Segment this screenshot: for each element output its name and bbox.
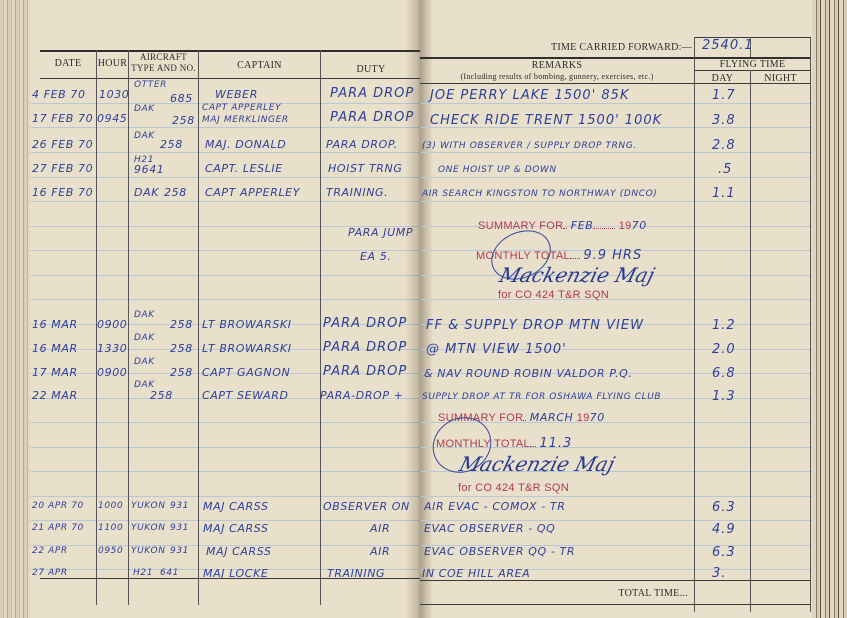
unit-stamp: for CO 424 T&R SQN [458,482,569,494]
entry-captain: MAJ CARSS [203,522,269,535]
entry-aircraft-no: 258 [172,114,195,127]
entry-aircraft-no: 641 [160,568,179,578]
day-time-entry: 2.0 [712,342,736,357]
remarks-entry: (3) WITH OBSERVER / SUPPLY DROP TRNG. [422,141,637,151]
entry-captain: CAPT APPERLEY [205,186,300,199]
entry-hour: 1330 [97,342,127,355]
entry-duty: PARA-DROP + [320,389,403,402]
summary-month: MARCH [530,411,574,424]
entry-hour: 0900 [97,366,127,379]
column-header-night: Night [751,73,810,84]
remarks-sublabel: (Including results of bombing, gunnery, … [460,72,653,81]
entry-duty: PARA DROP [323,316,407,331]
column-header-captain: Captain [199,60,320,71]
day-time-entry: 6.3 [712,500,736,515]
entry-aircraft-type: DAK [134,186,159,199]
day-time-entry: 1.1 [712,186,736,201]
entry-captain: MAJ MERKLINGER [202,115,289,125]
remarks-entry: CHECK RIDE TRENT 1500' 100K [430,113,662,128]
summary-year-suffix: 70 [632,219,647,232]
entry-captain: MAJ. DONALD [205,138,286,151]
remarks-entry: JOE PERRY LAKE 1500' 85K [430,88,629,103]
entry-captain: MAJ CARSS [203,500,269,513]
entry-date: 27 FEB 70 [32,162,93,175]
entry-aircraft-no: 258 [170,366,193,379]
day-time-entry: 4.9 [712,522,736,537]
unit-stamp: for CO 424 T&R SQN [498,289,609,301]
entry-hour: 0900 [97,318,127,331]
entry-aircraft-no: 931 [170,546,189,556]
entry-aircraft-type: OTTER [134,80,167,90]
day-time-entry: 1.3 [712,389,736,404]
entry-aircraft-no: 685 [170,92,193,105]
entry-captain: CAPT. LESLIE [205,162,283,175]
entry-duty: TRAINING. [326,186,388,199]
entry-duty: HOIST TRNG [328,162,403,175]
entry-hour: 1030 [99,88,129,101]
time-carried-forward-value: 2540.1 [702,38,754,53]
column-header-aircraft: Aircraft Type and No. [129,52,198,74]
page-edges-left [0,0,30,618]
entry-duty: PARA DROP [330,110,414,125]
entry-date: 22 MAR [32,389,78,402]
monthly-total-value: 11.3 [539,436,572,451]
entry-date: 17 FEB 70 [32,112,93,125]
remarks-entry: EVAC OBSERVER QQ - TR [424,545,575,558]
remarks-entry: FF & SUPPLY DROP MTN VIEW [426,318,644,333]
entry-aircraft-type: DAK [134,357,155,367]
column-header-remarks: Remarks (Including results of bombing, g… [420,60,694,82]
entry-aircraft-type: DAK [134,310,155,320]
entry-aircraft-type: H21 [133,568,153,578]
entry-date: 22 APR [32,546,68,556]
entry-date: 16 MAR [32,342,78,355]
entry-duty: TRAINING [327,567,385,580]
remarks-entry: SUPPLY DROP AT TR FOR OSHAWA FLYING CLUB [422,392,661,402]
signature: Mackenzie Maj [497,263,658,287]
left-page: Date Hour Aircraft Type and No. Captain … [30,0,420,618]
entry-duty: OBSERVER ON [323,500,410,513]
summary-year-suffix: 70 [590,411,605,424]
logbook-spread: Date Hour Aircraft Type and No. Captain … [0,0,847,618]
entry-date: 16 MAR [32,318,78,331]
feb-note-line1: PARA JUMP [348,226,413,239]
entry-duty: PARA DROP [323,340,407,355]
entry-captain: LT BROWARSKI [202,318,292,331]
entry-hour: 1000 [98,501,123,511]
day-time-entry: 3. [712,566,726,581]
entry-date: 20 APR 70 [32,501,84,511]
summary-month: FEB [571,219,594,232]
remarks-entry: ONE HOIST UP & DOWN [438,165,557,175]
entry-duty: AIR [370,545,390,558]
summary-year-prefix: 19 [619,220,632,232]
monthly-total-value: 9.9 HRS [583,248,642,263]
entry-aircraft-no: 258 [170,342,193,355]
remarks-entry: AIR EVAC - COMOX - TR [424,500,565,513]
day-time-entry: 1.7 [712,88,736,103]
entry-captain: MAJ LOCKE [203,567,268,580]
entry-captain: WEBER [215,88,258,101]
column-header-date: Date [40,58,96,69]
total-time-label: Total Time... [570,588,688,599]
entry-captain: CAPT GAGNON [202,366,290,379]
entry-aircraft-no: 258 [160,138,183,151]
entry-captain: CAPT SEWARD [202,389,289,402]
entry-captain: MAJ CARSS [206,545,272,558]
entry-duty: PARA DROP [330,86,414,101]
entry-date: 16 FEB 70 [32,186,93,199]
entry-hour: 0945 [97,112,127,125]
day-time-entry: 1.2 [712,318,736,333]
entry-hour: 0950 [98,546,123,556]
column-header-flying-time: Flying Time [695,59,810,70]
entry-aircraft-no: 931 [170,501,189,511]
entry-duty: AIR [370,522,390,535]
summary-year-prefix: 19 [577,412,590,424]
column-header-hour: Hour [97,58,128,69]
entry-aircraft-no: 258 [150,389,173,402]
remarks-entry: AIR SEARCH KINGSTON TO NORTHWAY (DNCO) [422,189,657,199]
entry-date: 21 APR 70 [32,523,84,533]
day-time-entry: 6.8 [712,366,736,381]
entry-aircraft-type: YUKON [131,546,166,556]
right-page: Time Carried Forward:— 2540.1 Remarks (I… [420,0,812,618]
entry-date: 27 APR [32,568,68,578]
remarks-entry: & NAV ROUND ROBIN VALDOR P.Q. [424,367,633,380]
remarks-entry: @ MTN VIEW 1500' [426,342,567,357]
entry-aircraft-no: 9641 [134,163,164,176]
entry-aircraft-type: DAK [134,333,155,343]
remarks-label: Remarks [532,60,582,71]
feb-note-line2: EA 5. [360,250,391,263]
entry-aircraft-no: 931 [170,523,189,533]
day-time-entry: 6.3 [712,545,736,560]
entry-aircraft-no: 258 [170,318,193,331]
entry-captain-note: CAPT APPERLEY [202,103,281,113]
entry-date: 26 FEB 70 [32,138,93,151]
entry-captain: LT BROWARSKI [202,342,292,355]
entry-aircraft-type: DAK [134,131,155,141]
entry-duty: PARA DROP. [326,138,398,151]
day-time-entry: 3.8 [712,113,736,128]
signature: Mackenzie Maj [457,452,618,476]
entry-date: 4 FEB 70 [32,88,86,101]
entry-aircraft-type: YUKON [131,501,166,511]
entry-hour: 1100 [98,523,123,533]
entry-aircraft-type: DAK [134,104,155,114]
column-header-day: Day [695,73,750,84]
entry-date: 17 MAR [32,366,78,379]
entry-duty: PARA DROP [323,364,407,379]
day-time-entry: 2.8 [712,138,736,153]
entry-aircraft-type: YUKON [131,523,166,533]
remarks-entry: EVAC OBSERVER - QQ [424,522,555,535]
remarks-entry: IN COE HILL AREA [422,567,530,580]
entry-aircraft-no: 258 [164,186,187,199]
time-carried-forward-label: Time Carried Forward:— [530,42,692,53]
page-edges-right [812,0,847,618]
day-time-entry: .5 [718,162,732,177]
